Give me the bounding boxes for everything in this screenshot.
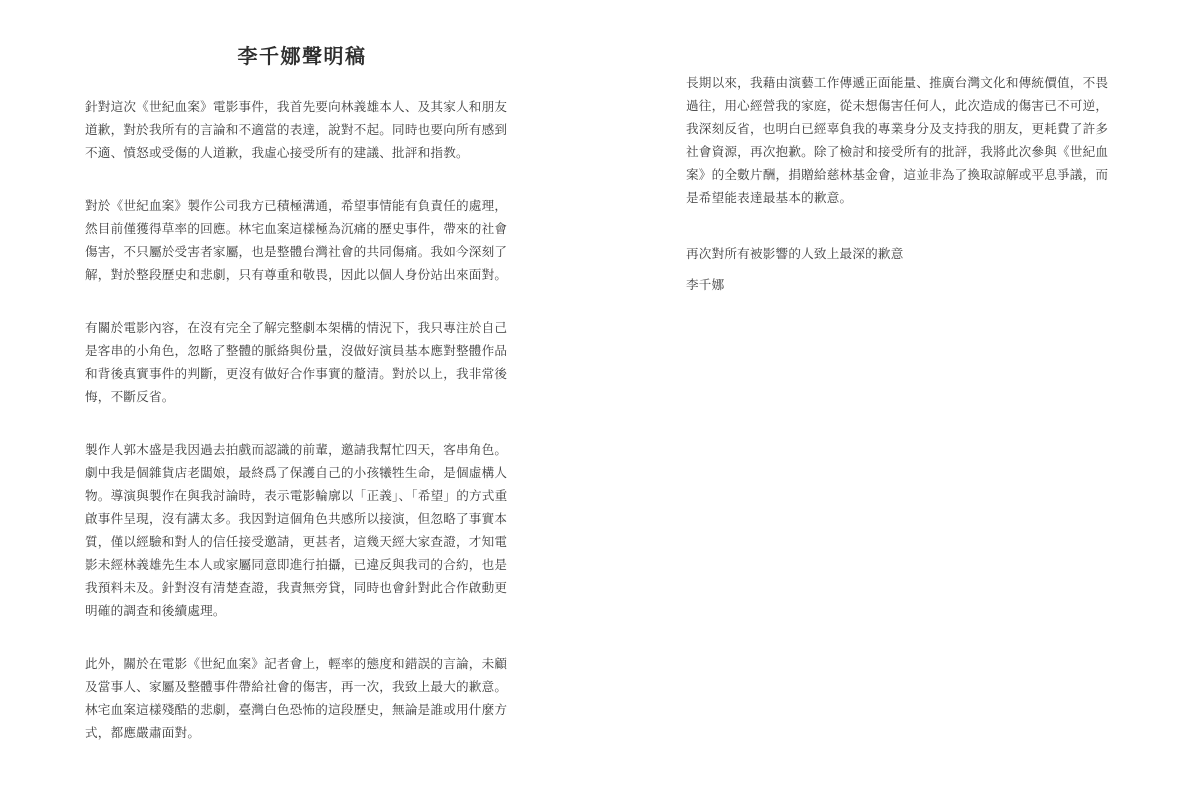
left-text-column: 李千娜聲明稿 針對這次《世紀血案》電影事件，我首先要向林義雄本人、及其家人和朋友… <box>85 44 519 775</box>
paragraph-film-content: 有關於電影內容，在沒有完全了解完整劇本架構的情況下，我只專注於自己是客串的小角色… <box>85 317 519 409</box>
paragraph-donation: 長期以來，我藉由演藝工作傳遞正面能量、推廣台灣文化和傳統價值，不畏過往，用心經營… <box>686 72 1116 210</box>
signature-name: 李千娜 <box>686 274 1116 297</box>
closing-apology-line: 再次對所有被影響的人致上最深的歉意 <box>686 243 1116 266</box>
paragraph-production-company: 對於《世紀血案》製作公司我方已積極溝通，希望事情能有負責任的處理，然目前僅獲得草… <box>85 195 519 287</box>
right-text-column: 長期以來，我藉由演藝工作傳遞正面能量、推廣台灣文化和傳統價值，不畏過往，用心經營… <box>686 72 1116 297</box>
document-title: 李千娜聲明稿 <box>85 44 519 70</box>
paragraph-press-conference: 此外，關於在電影《世紀血案》記者會上，輕率的態度和錯誤的言論，未顧及當事人、家屬… <box>85 653 519 745</box>
paragraph-apology-opening: 針對這次《世紀血案》電影事件，我首先要向林義雄本人、及其家人和朋友道歉，對於我所… <box>85 96 519 165</box>
paragraph-producer-role: 製作人郭木盛是我因過去拍戲而認識的前輩，邀請我幫忙四天，客串角色。劇中我是個雜貨… <box>85 439 519 623</box>
statement-document-page: 李千娜聲明稿 針對這次《世紀血案》電影事件，我首先要向林義雄本人、及其家人和朋友… <box>0 0 1200 800</box>
